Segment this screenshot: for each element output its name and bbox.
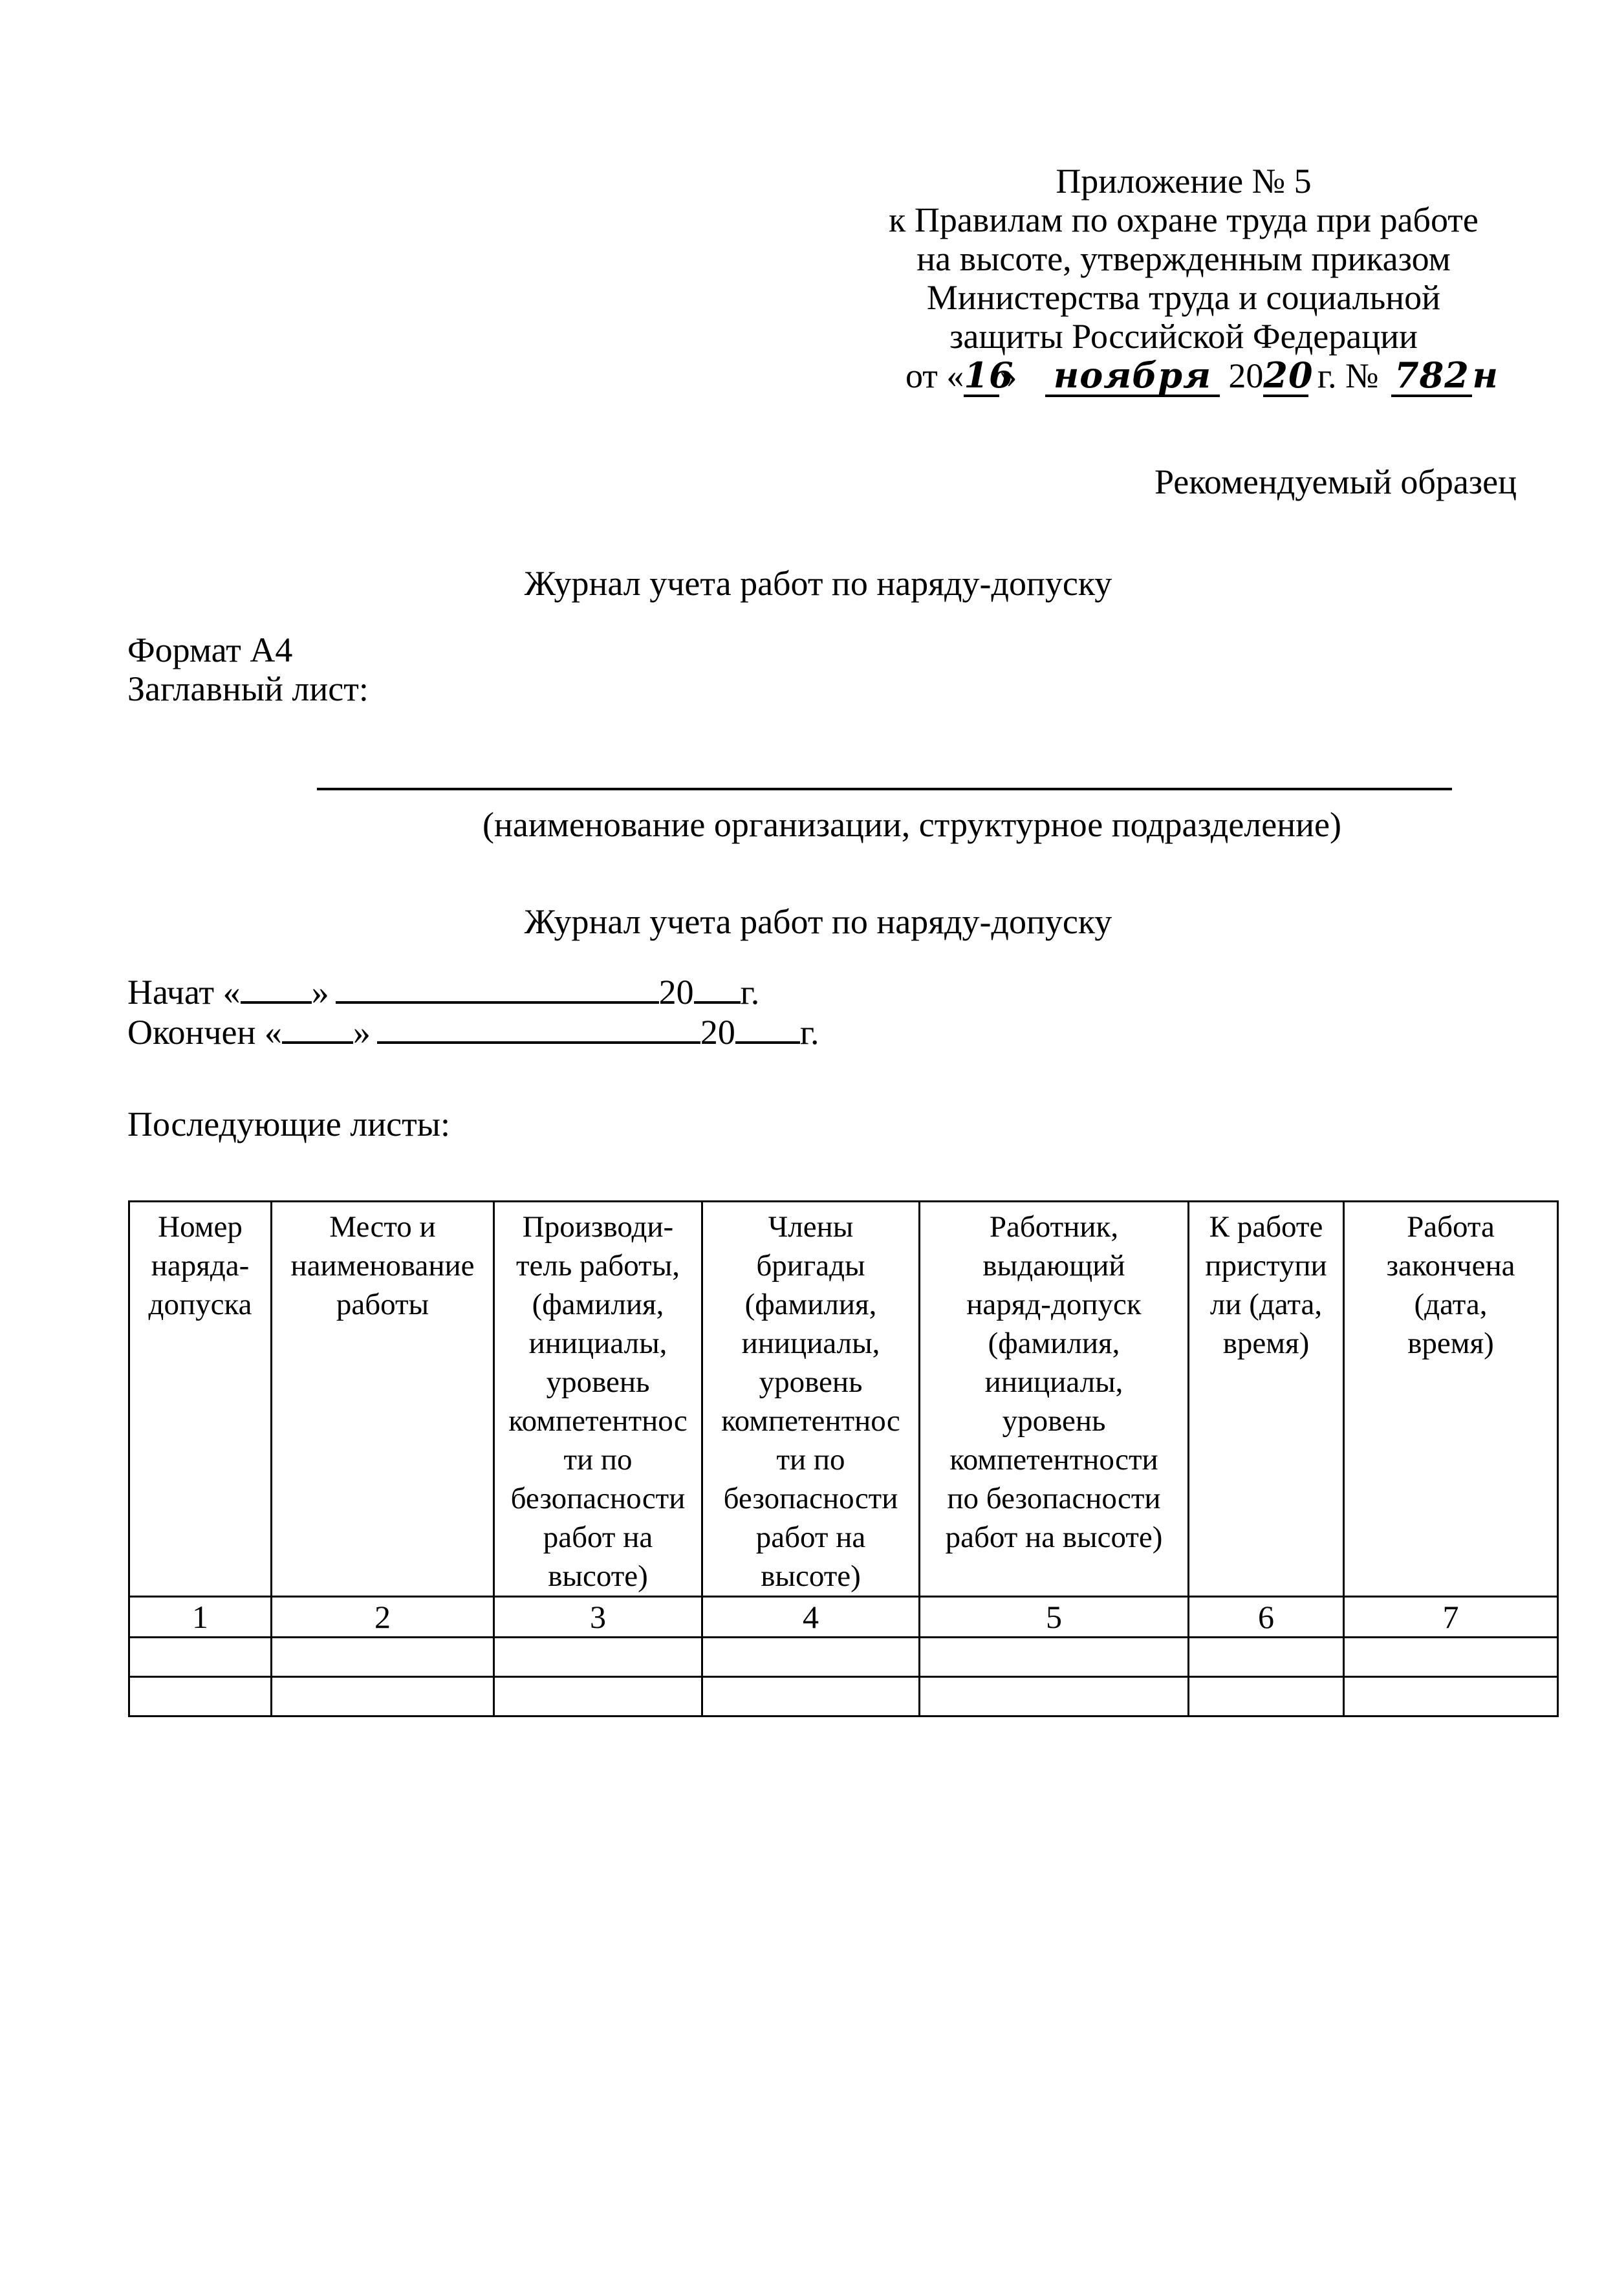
table-cell[interactable] bbox=[702, 1638, 920, 1677]
column-header: Работник,выдающийнаряд-допуск(фамилия,ин… bbox=[920, 1202, 1189, 1597]
started-year-suffix: г. bbox=[741, 973, 760, 1012]
column-header-line: наряда- bbox=[130, 1246, 270, 1285]
ended-date-line: Окончен «»20г. bbox=[127, 1010, 819, 1052]
column-header-line: наряд-допуск bbox=[920, 1285, 1187, 1324]
column-header-line: (дата, bbox=[1345, 1285, 1557, 1324]
table-row bbox=[129, 1677, 1558, 1717]
started-day-field[interactable] bbox=[241, 970, 312, 1004]
column-header-line: высоте) bbox=[703, 1557, 918, 1596]
started-quote-close: » bbox=[312, 973, 329, 1012]
table-cell[interactable] bbox=[920, 1677, 1189, 1717]
started-year-field[interactable] bbox=[694, 970, 741, 1004]
table-header-row: Номернаряда-допускаМесто инаименованиера… bbox=[129, 1202, 1558, 1597]
format-label: Формат А4 bbox=[127, 631, 292, 669]
column-header-line: время) bbox=[1189, 1324, 1343, 1363]
column-number: 1 bbox=[129, 1597, 272, 1638]
appendix-header: Приложение № 5 к Правилам по охране труд… bbox=[834, 162, 1533, 356]
journal-title: Журнал учета работ по наряду-допуску bbox=[0, 564, 1604, 603]
column-header: Производи-тель работы,(фамилия,инициалы,… bbox=[494, 1202, 702, 1597]
ended-year-suffix: г. bbox=[800, 1013, 819, 1052]
organization-caption: (наименование организации, структурное п… bbox=[317, 805, 1507, 844]
appendix-line: защиты Российской Федерации bbox=[834, 317, 1533, 356]
column-header: Работазакончена(дата,время) bbox=[1344, 1202, 1558, 1597]
column-header: Членыбригады(фамилия,инициалы,уровеньком… bbox=[702, 1202, 920, 1597]
column-header-line: работ на bbox=[495, 1518, 701, 1557]
year-prefix: 20 bbox=[1228, 356, 1263, 395]
order-number-handwritten: 782 bbox=[1391, 356, 1472, 397]
column-header-line: закончена bbox=[1345, 1246, 1557, 1285]
column-header-line: (фамилия, bbox=[495, 1285, 701, 1324]
column-header-line: Работник, bbox=[920, 1208, 1187, 1246]
subsequent-sheets-label: Последующие листы: bbox=[127, 1105, 450, 1143]
column-header-line: время) bbox=[1345, 1324, 1557, 1363]
column-header-line: работы bbox=[272, 1285, 493, 1324]
column-header-line: выдающий bbox=[920, 1246, 1187, 1285]
column-header-line: высоте) bbox=[495, 1557, 701, 1596]
column-header-line: безопасности bbox=[495, 1479, 701, 1518]
column-header-line: К работе bbox=[1189, 1208, 1343, 1246]
appendix-line: Приложение № 5 bbox=[834, 162, 1533, 200]
column-header-line: ти по bbox=[495, 1440, 701, 1479]
ended-quote-close: » bbox=[353, 1013, 371, 1052]
order-number-suffix: н bbox=[1472, 356, 1498, 395]
date-quote-close: » bbox=[999, 356, 1017, 395]
table-cell[interactable] bbox=[702, 1677, 920, 1717]
appendix-line: к Правилам по охране труда при работе bbox=[834, 200, 1533, 239]
column-number: 6 bbox=[1189, 1597, 1344, 1638]
column-header-line: компетентности bbox=[920, 1440, 1187, 1479]
started-year-prefix: 20 bbox=[659, 973, 694, 1012]
date-prefix: от « bbox=[905, 356, 964, 395]
column-header-line: по безопасности bbox=[920, 1479, 1187, 1518]
order-date-line: от «16» ноября 2020 г. №782н bbox=[905, 356, 1499, 401]
table-cell[interactable] bbox=[1189, 1677, 1344, 1717]
column-header-line: (фамилия, bbox=[703, 1285, 918, 1324]
column-header-line: наименование bbox=[272, 1246, 493, 1285]
column-header-line: инициалы, bbox=[920, 1363, 1187, 1402]
column-header-line: уровень bbox=[495, 1363, 701, 1402]
started-date-line: Начат «»20г. bbox=[127, 970, 759, 1012]
column-header-line: уровень bbox=[920, 1402, 1187, 1440]
column-number: 3 bbox=[494, 1597, 702, 1638]
column-header-line: компетентнос bbox=[703, 1402, 918, 1440]
table-cell[interactable] bbox=[920, 1638, 1189, 1677]
column-header-line: компетентнос bbox=[495, 1402, 701, 1440]
column-header-line: ли (дата, bbox=[1189, 1285, 1343, 1324]
column-header-line: уровень bbox=[703, 1363, 918, 1402]
column-header: Номернаряда-допуска bbox=[129, 1202, 272, 1597]
table-cell[interactable] bbox=[494, 1638, 702, 1677]
number-prefix: г. № bbox=[1317, 356, 1379, 395]
column-header-line: ти по bbox=[703, 1440, 918, 1479]
recommended-sample-label: Рекомендуемый образец bbox=[1154, 462, 1517, 501]
ended-label: Окончен « bbox=[127, 1013, 282, 1052]
ended-day-field[interactable] bbox=[282, 1010, 353, 1044]
order-day-handwritten: 16 bbox=[964, 356, 999, 397]
column-header-line: инициалы, bbox=[703, 1324, 918, 1363]
table-cell[interactable] bbox=[1344, 1677, 1558, 1717]
column-number: 7 bbox=[1344, 1597, 1558, 1638]
table-cell[interactable] bbox=[494, 1677, 702, 1717]
column-header-line: инициалы, bbox=[495, 1324, 701, 1363]
table-cell[interactable] bbox=[1344, 1638, 1558, 1677]
column-number: 4 bbox=[702, 1597, 920, 1638]
column-header-line: Производи- bbox=[495, 1208, 701, 1246]
column-header-line: безопасности bbox=[703, 1479, 918, 1518]
column-header: Место инаименованиеработы bbox=[272, 1202, 494, 1597]
ended-year-prefix: 20 bbox=[700, 1013, 735, 1052]
table-cell[interactable] bbox=[272, 1638, 494, 1677]
column-header-line: Члены bbox=[703, 1208, 918, 1246]
ended-year-field[interactable] bbox=[735, 1010, 800, 1044]
column-header: К работеприступили (дата,время) bbox=[1189, 1202, 1344, 1597]
column-header-line: работ на высоте) bbox=[920, 1518, 1187, 1557]
column-header-line: работ на bbox=[703, 1518, 918, 1557]
order-month-handwritten: ноября bbox=[1045, 356, 1220, 397]
column-header-line: Работа bbox=[1345, 1208, 1557, 1246]
organization-field-line[interactable] bbox=[317, 788, 1452, 790]
table-cell[interactable] bbox=[1189, 1638, 1344, 1677]
table-column-numbers-row: 1234567 bbox=[129, 1597, 1558, 1638]
table-cell[interactable] bbox=[129, 1638, 272, 1677]
appendix-line: Министерства труда и социальной bbox=[834, 278, 1533, 317]
column-header-line: тель работы, bbox=[495, 1246, 701, 1285]
title-sheet-label: Заглавный лист: bbox=[127, 669, 369, 708]
column-header-line: (фамилия, bbox=[920, 1324, 1187, 1363]
table-row bbox=[129, 1638, 1558, 1677]
table-cell[interactable] bbox=[272, 1677, 494, 1717]
started-month-field[interactable] bbox=[336, 970, 659, 1004]
column-number: 2 bbox=[272, 1597, 494, 1638]
work-permit-journal-table: Номернаряда-допускаМесто инаименованиера… bbox=[128, 1200, 1559, 1717]
started-label: Начат « bbox=[127, 973, 241, 1012]
order-year-handwritten: 20 bbox=[1263, 356, 1308, 397]
column-header-line: Номер bbox=[130, 1208, 270, 1246]
column-header-line: допуска bbox=[130, 1285, 270, 1324]
journal-title-cover: Журнал учета работ по наряду-допуску bbox=[0, 902, 1604, 941]
column-header-line: бригады bbox=[703, 1246, 918, 1285]
ended-month-field[interactable] bbox=[377, 1010, 700, 1044]
column-number: 5 bbox=[920, 1597, 1189, 1638]
appendix-line: на высоте, утвержденным приказом bbox=[834, 239, 1533, 278]
column-header-line: Место и bbox=[272, 1208, 493, 1246]
table-cell[interactable] bbox=[129, 1677, 272, 1717]
column-header-line: приступи bbox=[1189, 1246, 1343, 1285]
